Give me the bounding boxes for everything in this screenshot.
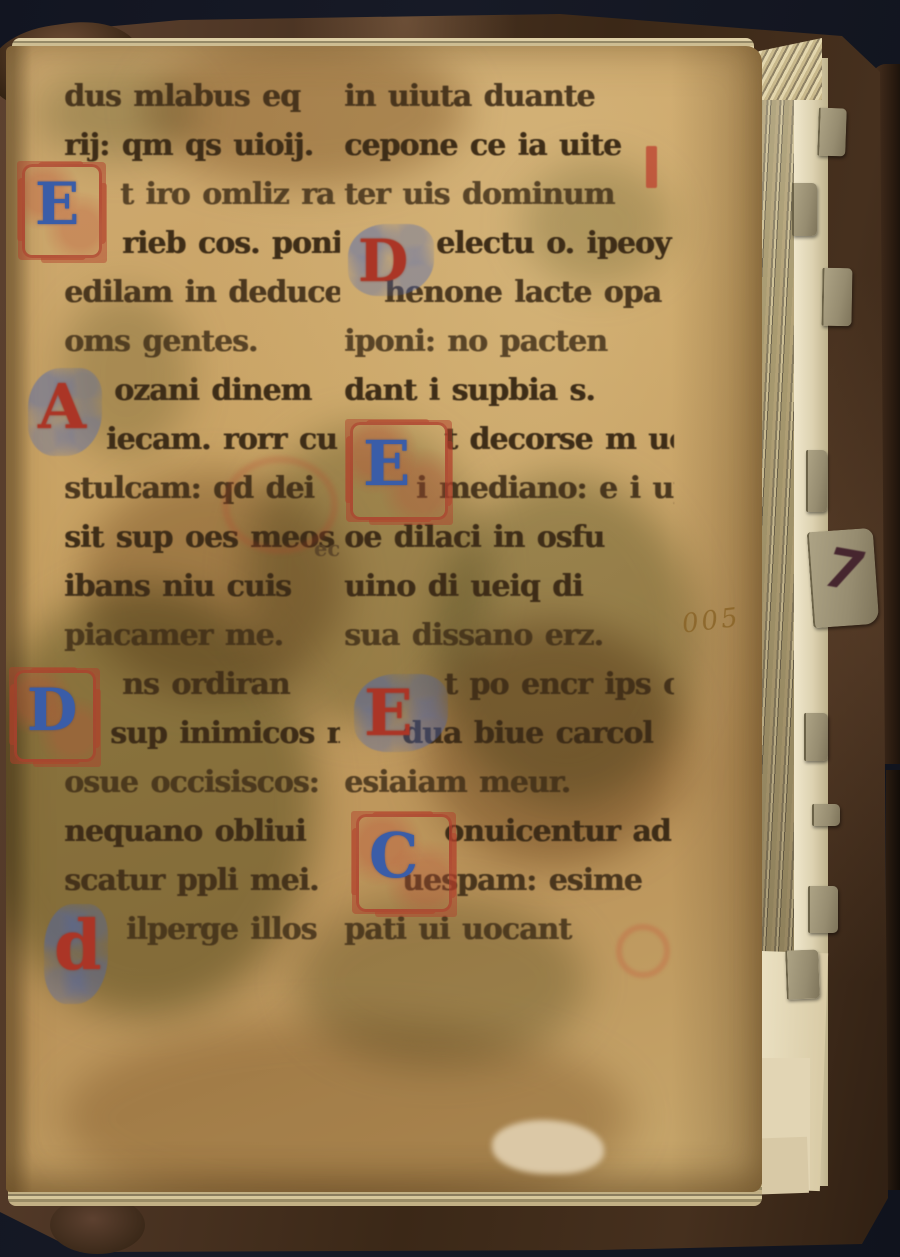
index-tab xyxy=(785,949,820,999)
text-line: dant i supbia s. xyxy=(344,366,674,415)
text-line: osue occisiscos: xyxy=(64,758,340,807)
text-line: cepone ce ia uite xyxy=(344,121,674,170)
initial-letter: D xyxy=(358,232,408,290)
red-paragraph-mark xyxy=(646,146,657,188)
text-line: esiaiam meur. xyxy=(344,758,674,807)
adjacent-book-spine-lower xyxy=(886,770,900,1190)
initial-letter: E xyxy=(35,175,79,233)
text-line: scatur ppli mei. xyxy=(64,856,340,905)
faint-red-ring xyxy=(616,924,670,978)
text-line: dus mlabus eq xyxy=(64,72,340,121)
index-tab-numbered: 7 xyxy=(807,528,880,628)
illuminated-initial: E xyxy=(350,422,448,520)
manuscript-photo: 7 dus mlabus eq rij: qm qs uioij. t iro … xyxy=(0,0,900,1257)
text-line: t iro omliz ra xyxy=(64,170,340,219)
text-line: ter uis dominum xyxy=(344,170,674,219)
illuminated-initial: C xyxy=(356,814,452,912)
initial-letter: E xyxy=(363,433,410,495)
initial-letter: E xyxy=(364,682,413,746)
index-tab xyxy=(792,183,817,236)
index-tab xyxy=(812,804,840,826)
text-line: oms gentes. xyxy=(64,317,340,366)
text-line: nequano obliui xyxy=(64,807,340,856)
text-line: rij: qm qs uioij. xyxy=(64,121,340,170)
index-tab xyxy=(806,450,827,512)
tab-numeral: 7 xyxy=(815,536,874,603)
text-line: sua dissano erz. xyxy=(344,611,674,660)
index-tab xyxy=(821,268,852,327)
illuminated-initial: E xyxy=(354,674,448,752)
text-line: ns ordiran xyxy=(64,660,340,709)
illuminated-initial: D xyxy=(14,670,96,762)
margin-note: ec xyxy=(314,536,340,561)
illuminated-initial: E xyxy=(22,164,102,258)
index-tab xyxy=(817,108,847,157)
initial-letter: d xyxy=(54,912,102,980)
text-line: edilam in deduces xyxy=(64,268,340,317)
text-line: sup inimicos ne xyxy=(64,709,340,758)
manuscript-page: dus mlabus eq rij: qm qs uioij. t iro om… xyxy=(6,46,762,1192)
illuminated-initial: d xyxy=(44,904,108,1004)
text-line: ibans niu cuis xyxy=(64,562,340,611)
index-tab xyxy=(804,713,828,761)
initial-letter: A xyxy=(38,376,86,438)
index-tab xyxy=(808,886,838,933)
initial-letter: C xyxy=(369,825,418,887)
text-line: uino di ueiq di xyxy=(344,562,674,611)
text-line: iponi: no pacten xyxy=(344,317,674,366)
text-line: rieb cos. ponit xyxy=(64,219,340,268)
initial-letter: D xyxy=(27,681,77,739)
illuminated-initial: A xyxy=(28,368,102,456)
text-line: ozani dinem xyxy=(64,366,340,415)
folio-number: 005 xyxy=(680,603,742,640)
text-line: in uiuta duante xyxy=(344,72,674,121)
text-line: piacamer me. xyxy=(64,611,340,660)
illuminated-initial: D xyxy=(348,224,434,296)
text-line: iecam. rorr cu xyxy=(64,415,340,464)
text-line: oe dilaci in osfu xyxy=(344,513,674,562)
